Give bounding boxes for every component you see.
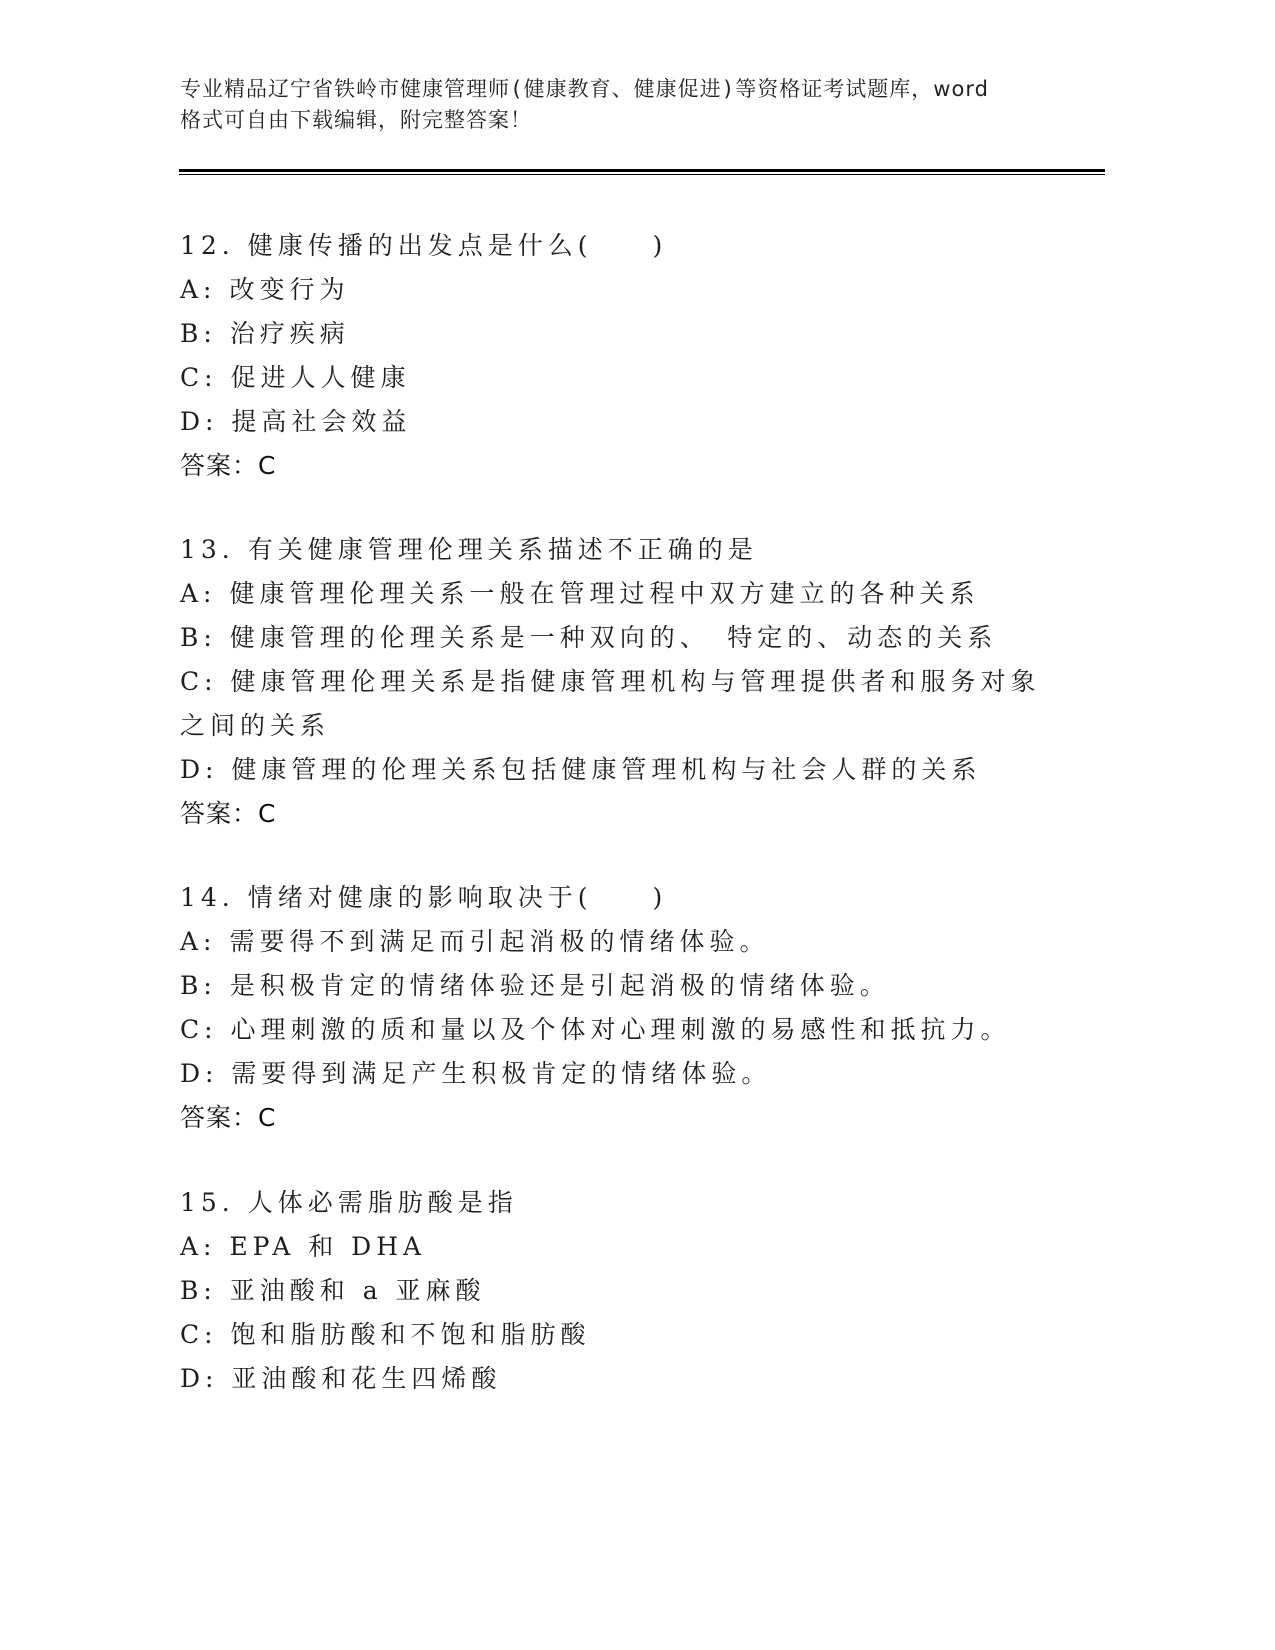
option-label: D: bbox=[180, 1364, 218, 1393]
option-text: 健康管理的伦理关系包括健康管理机构与社会人群的关系 bbox=[231, 755, 981, 784]
option-label: C: bbox=[180, 363, 218, 392]
option-c: C: 促进人人健康 bbox=[180, 356, 1060, 400]
option-c: C: 心理刺激的质和量以及个体对心理刺激的易感性和抵抗力。 bbox=[180, 1008, 1060, 1052]
option-text: 改变行为 bbox=[229, 275, 349, 304]
option-label: A: bbox=[180, 275, 216, 304]
question-stem: 13. 有关健康管理伦理关系描述不正确的是 bbox=[180, 528, 1060, 572]
option-b: B: 健康管理的伦理关系是一种双向的、 特定的、动态的关系 bbox=[180, 616, 1060, 660]
question-13: 13. 有关健康管理伦理关系描述不正确的是 A: 健康管理伦理关系一般在管理过程… bbox=[180, 528, 1060, 836]
header-intro-text: 专业精品辽宁省铁岭市健康管理师(健康教育、健康促进)等资格证考试题库， bbox=[180, 77, 933, 101]
option-label: A: bbox=[180, 1232, 216, 1261]
option-d: D: 需要得到满足产生积极肯定的情绪体验。 bbox=[180, 1052, 1060, 1096]
option-label: B: bbox=[180, 971, 217, 1000]
header-word-text: word bbox=[933, 77, 989, 101]
question-number: 12. bbox=[180, 231, 235, 260]
question-text: 有关健康管理伦理关系描述不正确的是 bbox=[248, 535, 758, 564]
question-text: 健康传播的出发点是什么( ) bbox=[248, 231, 668, 260]
option-label: D: bbox=[180, 1059, 218, 1088]
option-label: B: bbox=[180, 623, 217, 652]
option-a: A: 改变行为 bbox=[180, 268, 1060, 312]
option-a: A: 需要得不到满足而引起消极的情绪体验。 bbox=[180, 920, 1060, 964]
document-header: 专业精品辽宁省铁岭市健康管理师(健康教育、健康促进)等资格证考试题库，word … bbox=[180, 74, 1080, 136]
answer-text: 答案：C bbox=[180, 1096, 1060, 1140]
option-text: EPA 和 DHA bbox=[229, 1232, 426, 1261]
option-text: 需要得到满足产生积极肯定的情绪体验。 bbox=[231, 1059, 771, 1088]
answer-text: 答案：C bbox=[180, 792, 1060, 836]
question-text: 情绪对健康的影响取决于( ) bbox=[248, 883, 668, 912]
option-label: D: bbox=[180, 755, 218, 784]
option-b: B: 治疗疾病 bbox=[180, 312, 1060, 356]
question-12: 12. 健康传播的出发点是什么( ) A: 改变行为 B: 治疗疾病 C: 促进… bbox=[180, 224, 1060, 488]
option-text: 促进人人健康 bbox=[231, 363, 411, 392]
option-a: A: EPA 和 DHA bbox=[180, 1225, 1060, 1269]
option-text: 治疗疾病 bbox=[230, 319, 350, 348]
header-line-2: 格式可自由下载编辑，附完整答案！ bbox=[180, 105, 1080, 136]
option-label: A: bbox=[180, 927, 216, 956]
option-text: 是积极肯定的情绪体验还是引起消极的情绪体验。 bbox=[230, 971, 890, 1000]
option-label: D: bbox=[180, 407, 218, 436]
option-b: B: 亚油酸和 a 亚麻酸 bbox=[180, 1269, 1060, 1313]
answer-text: 答案：C bbox=[180, 444, 1060, 488]
option-a: A: 健康管理伦理关系一般在管理过程中双方建立的各种关系 bbox=[180, 572, 1060, 616]
question-14: 14. 情绪对健康的影响取决于( ) A: 需要得不到满足而引起消极的情绪体验。… bbox=[180, 876, 1060, 1140]
question-number: 13. bbox=[180, 535, 235, 564]
question-15: 15. 人体必需脂肪酸是指 A: EPA 和 DHA B: 亚油酸和 a 亚麻酸… bbox=[180, 1181, 1060, 1401]
option-text: 需要得不到满足而引起消极的情绪体验。 bbox=[229, 927, 769, 956]
question-stem: 15. 人体必需脂肪酸是指 bbox=[180, 1181, 1060, 1225]
option-text: 健康管理伦理关系一般在管理过程中双方建立的各种关系 bbox=[229, 579, 979, 608]
document-page: 专业精品辽宁省铁岭市健康管理师(健康教育、健康促进)等资格证考试题库，word … bbox=[0, 0, 1275, 1650]
question-text: 人体必需脂肪酸是指 bbox=[248, 1188, 518, 1217]
header-rule-thick bbox=[179, 169, 1105, 172]
option-c: C: 健康管理伦理关系是指健康管理机构与管理提供者和服务对象之间的关系 bbox=[180, 660, 1060, 748]
option-d: D: 提高社会效益 bbox=[180, 400, 1060, 444]
question-stem: 12. 健康传播的出发点是什么( ) bbox=[180, 224, 1060, 268]
question-stem: 14. 情绪对健康的影响取决于( ) bbox=[180, 876, 1060, 920]
option-label: B: bbox=[180, 1276, 217, 1305]
header-rule-thin bbox=[179, 174, 1105, 175]
option-text: 亚油酸和 a 亚麻酸 bbox=[230, 1276, 486, 1305]
option-text: 健康管理的伦理关系是一种双向的、 特定的、动态的关系 bbox=[230, 623, 998, 652]
option-d: D: 亚油酸和花生四烯酸 bbox=[180, 1357, 1060, 1401]
question-number: 15. bbox=[180, 1188, 235, 1217]
option-label: A: bbox=[180, 579, 216, 608]
option-text: 提高社会效益 bbox=[231, 407, 411, 436]
option-text: 心理刺激的质和量以及个体对心理刺激的易感性和抵抗力。 bbox=[231, 1015, 1011, 1044]
option-text: 饱和脂肪酸和不饱和脂肪酸 bbox=[231, 1320, 591, 1349]
option-c: C: 饱和脂肪酸和不饱和脂肪酸 bbox=[180, 1313, 1060, 1357]
option-text: 健康管理伦理关系是指健康管理机构与管理提供者和服务对象之间的关系 bbox=[180, 667, 1041, 740]
option-label: C: bbox=[180, 1320, 218, 1349]
header-line-1: 专业精品辽宁省铁岭市健康管理师(健康教育、健康促进)等资格证考试题库，word bbox=[180, 74, 1080, 105]
option-b: B: 是积极肯定的情绪体验还是引起消极的情绪体验。 bbox=[180, 964, 1060, 1008]
option-label: C: bbox=[180, 1015, 218, 1044]
question-number: 14. bbox=[180, 883, 235, 912]
option-text: 亚油酸和花生四烯酸 bbox=[231, 1364, 501, 1393]
option-d: D: 健康管理的伦理关系包括健康管理机构与社会人群的关系 bbox=[180, 748, 1060, 792]
option-label: B: bbox=[180, 319, 217, 348]
option-label: C: bbox=[180, 667, 218, 696]
